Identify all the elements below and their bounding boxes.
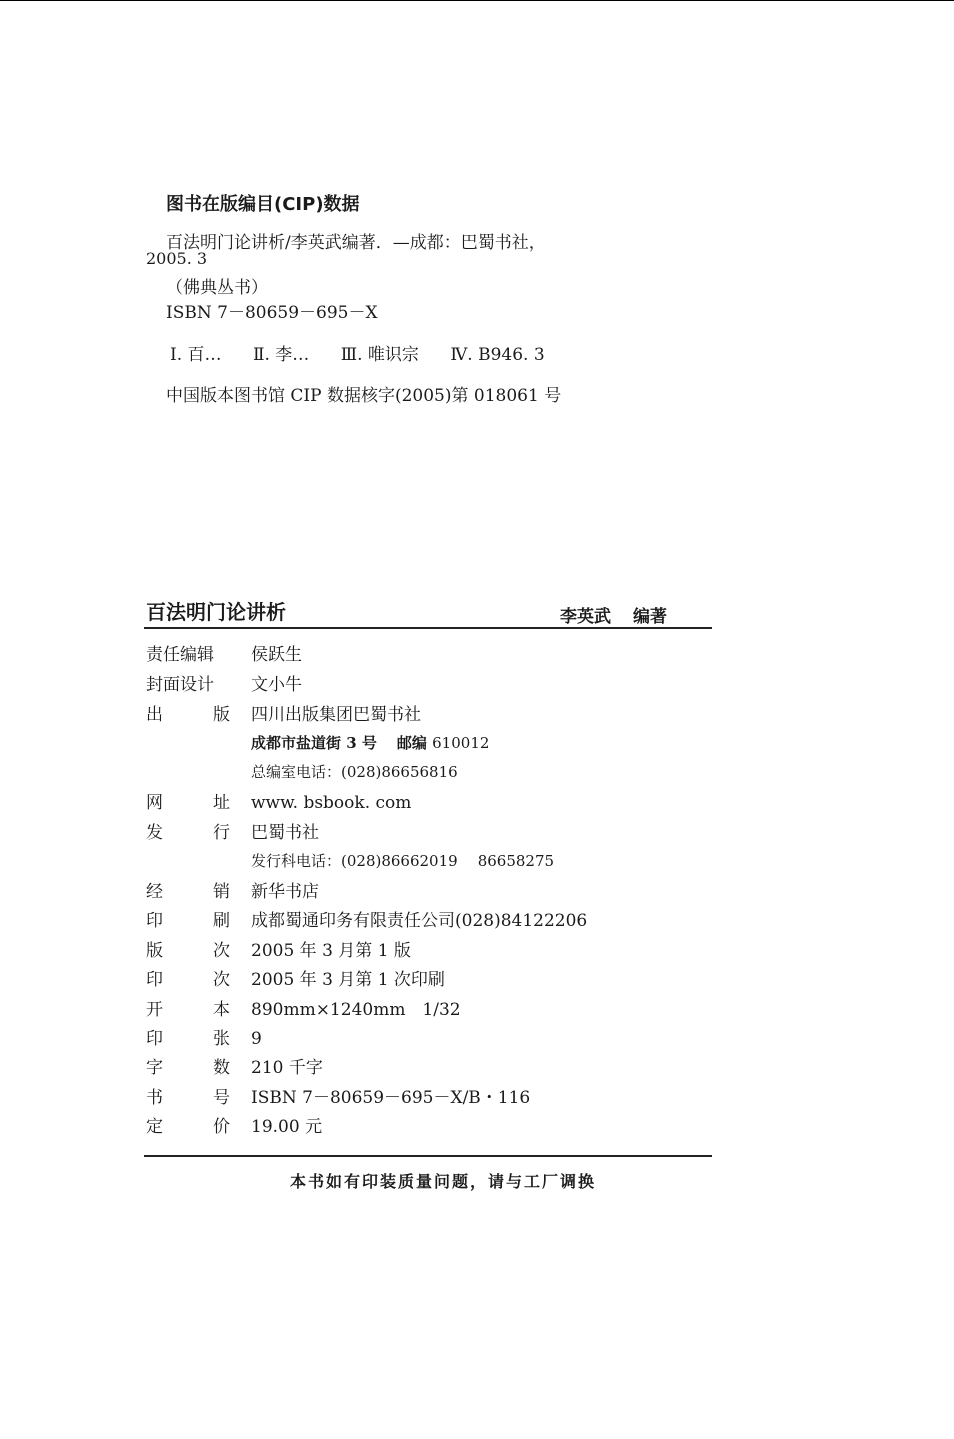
row-label-a: 印 <box>146 906 163 931</box>
row-value: 新华书店 <box>251 877 319 902</box>
row-label-a: 网 <box>146 788 163 813</box>
cip-line-title: 百法明门论讲析/李英武编著．—成都：巴蜀书社， <box>166 228 546 253</box>
row-value: 9 <box>251 1029 262 1049</box>
row-website: 网址www. bsbook. com <box>146 788 411 813</box>
row-value: 成都蜀通印务有限责任公司(028)84122206 <box>251 906 587 931</box>
title-divider <box>144 627 712 629</box>
postcode: 610012 <box>432 734 489 752</box>
distribution-phone-2: 86658275 <box>478 852 554 870</box>
cip-subject-1: Ⅰ. 百… <box>170 345 222 365</box>
row-value: 210 千字 <box>251 1053 323 1078</box>
author-name: 李英武 <box>560 607 611 627</box>
row-value: 文小牛 <box>251 670 302 695</box>
cip-heading: 图书在版编目(CIP)数据 <box>166 190 360 216</box>
row-label-a: 发 <box>146 818 163 843</box>
row-label-a: 开 <box>146 995 163 1020</box>
row-label-a: 印 <box>146 1024 163 1049</box>
row-seller: 经销新华书店 <box>146 877 319 902</box>
row-label: 责任编辑 <box>146 640 230 665</box>
cip-line-series: （佛典丛书） <box>166 273 268 298</box>
row-distribution: 发行巴蜀书社 <box>146 818 319 843</box>
row-printing: 印次2005 年 3 月第 1 次印刷 <box>146 965 445 990</box>
row-price: 定价19.00 元 <box>146 1112 322 1137</box>
row-value: 巴蜀书社 <box>251 818 319 843</box>
cip-line-isbn: ISBN 7－80659－695－X <box>166 298 378 323</box>
row-word-count: 字数210 千字 <box>146 1053 323 1078</box>
row-value: 890mm×1240mm 1/32 <box>251 995 461 1020</box>
row-sheets: 印张9 <box>146 1024 262 1049</box>
row-label-a: 印 <box>146 965 163 990</box>
postcode-label: 邮编 <box>397 734 427 752</box>
distribution-phone-line: 发行科电话：(028)8666201986658275 <box>251 850 554 871</box>
row-label-b: 本 <box>213 995 230 1020</box>
row-label-b: 址 <box>213 788 230 813</box>
row-label: 封面设计 <box>146 670 230 695</box>
row-publisher: 出版四川出版集团巴蜀书社 <box>146 700 421 725</box>
row-label-b: 销 <box>213 877 230 902</box>
row-editor: 责任编辑侯跃生 <box>146 640 302 665</box>
publisher-address: 成都市盐道街 3 号 <box>251 734 377 752</box>
top-border <box>0 0 954 1</box>
row-value: 2005 年 3 月第 1 次印刷 <box>251 965 445 990</box>
row-label-a: 书 <box>146 1083 163 1108</box>
row-label-b: 号 <box>213 1083 230 1108</box>
cip-subject-2: Ⅱ. 李… <box>253 345 309 365</box>
book-title: 百法明门论讲析 <box>146 596 286 625</box>
row-label-b: 行 <box>213 818 230 843</box>
row-label-b: 数 <box>213 1053 230 1078</box>
row-edition: 版次2005 年 3 月第 1 版 <box>146 936 411 961</box>
footer-note: 本书如有印装质量问题，请与工厂调换 <box>290 1169 596 1192</box>
row-label-b: 刷 <box>213 906 230 931</box>
cip-line-date: 2005. 3 <box>146 249 207 268</box>
cip-record-number: 中国版本图书馆 CIP 数据核字(2005)第 018061 号 <box>166 381 561 406</box>
author-role: 编著 <box>633 607 667 627</box>
author-line: 李英武编著 <box>560 602 667 627</box>
row-label-a: 经 <box>146 877 163 902</box>
cip-subjects: Ⅰ. 百… Ⅱ. 李… Ⅲ. 唯识宗 Ⅳ. B946. 3 <box>170 340 571 365</box>
row-label-b: 次 <box>213 965 230 990</box>
cip-subject-4: Ⅳ. B946. 3 <box>450 345 544 365</box>
row-label-b: 价 <box>213 1112 230 1137</box>
row-label-a: 版 <box>146 936 163 961</box>
row-cover-design: 封面设计文小牛 <box>146 670 302 695</box>
publisher-address-line: 成都市盐道街 3 号邮编 610012 <box>251 732 489 753</box>
row-printer: 印刷成都蜀通印务有限责任公司(028)84122206 <box>146 906 587 931</box>
row-label-a: 定 <box>146 1112 163 1137</box>
editorial-phone: 总编室电话：(028)86656816 <box>251 761 458 782</box>
row-label-a: 字 <box>146 1053 163 1078</box>
row-value: 19.00 元 <box>251 1112 322 1137</box>
row-value: 2005 年 3 月第 1 版 <box>251 936 411 961</box>
row-label-a: 出 <box>146 700 163 725</box>
row-value: 四川出版集团巴蜀书社 <box>251 700 421 725</box>
cip-subject-3: Ⅲ. 唯识宗 <box>341 345 419 365</box>
row-value: ISBN 7－80659－695－X/B・116 <box>251 1083 530 1108</box>
row-label-b: 版 <box>213 700 230 725</box>
website-link[interactable]: www. bsbook. com <box>251 793 411 813</box>
row-format: 开本890mm×1240mm 1/32 <box>146 995 461 1020</box>
row-value: 侯跃生 <box>251 640 302 665</box>
row-label-b: 张 <box>213 1024 230 1049</box>
row-isbn: 书号ISBN 7－80659－695－X/B・116 <box>146 1083 530 1108</box>
row-label-b: 次 <box>213 936 230 961</box>
distribution-phone: 发行科电话：(028)86662019 <box>251 852 458 870</box>
footer-divider <box>144 1155 712 1157</box>
